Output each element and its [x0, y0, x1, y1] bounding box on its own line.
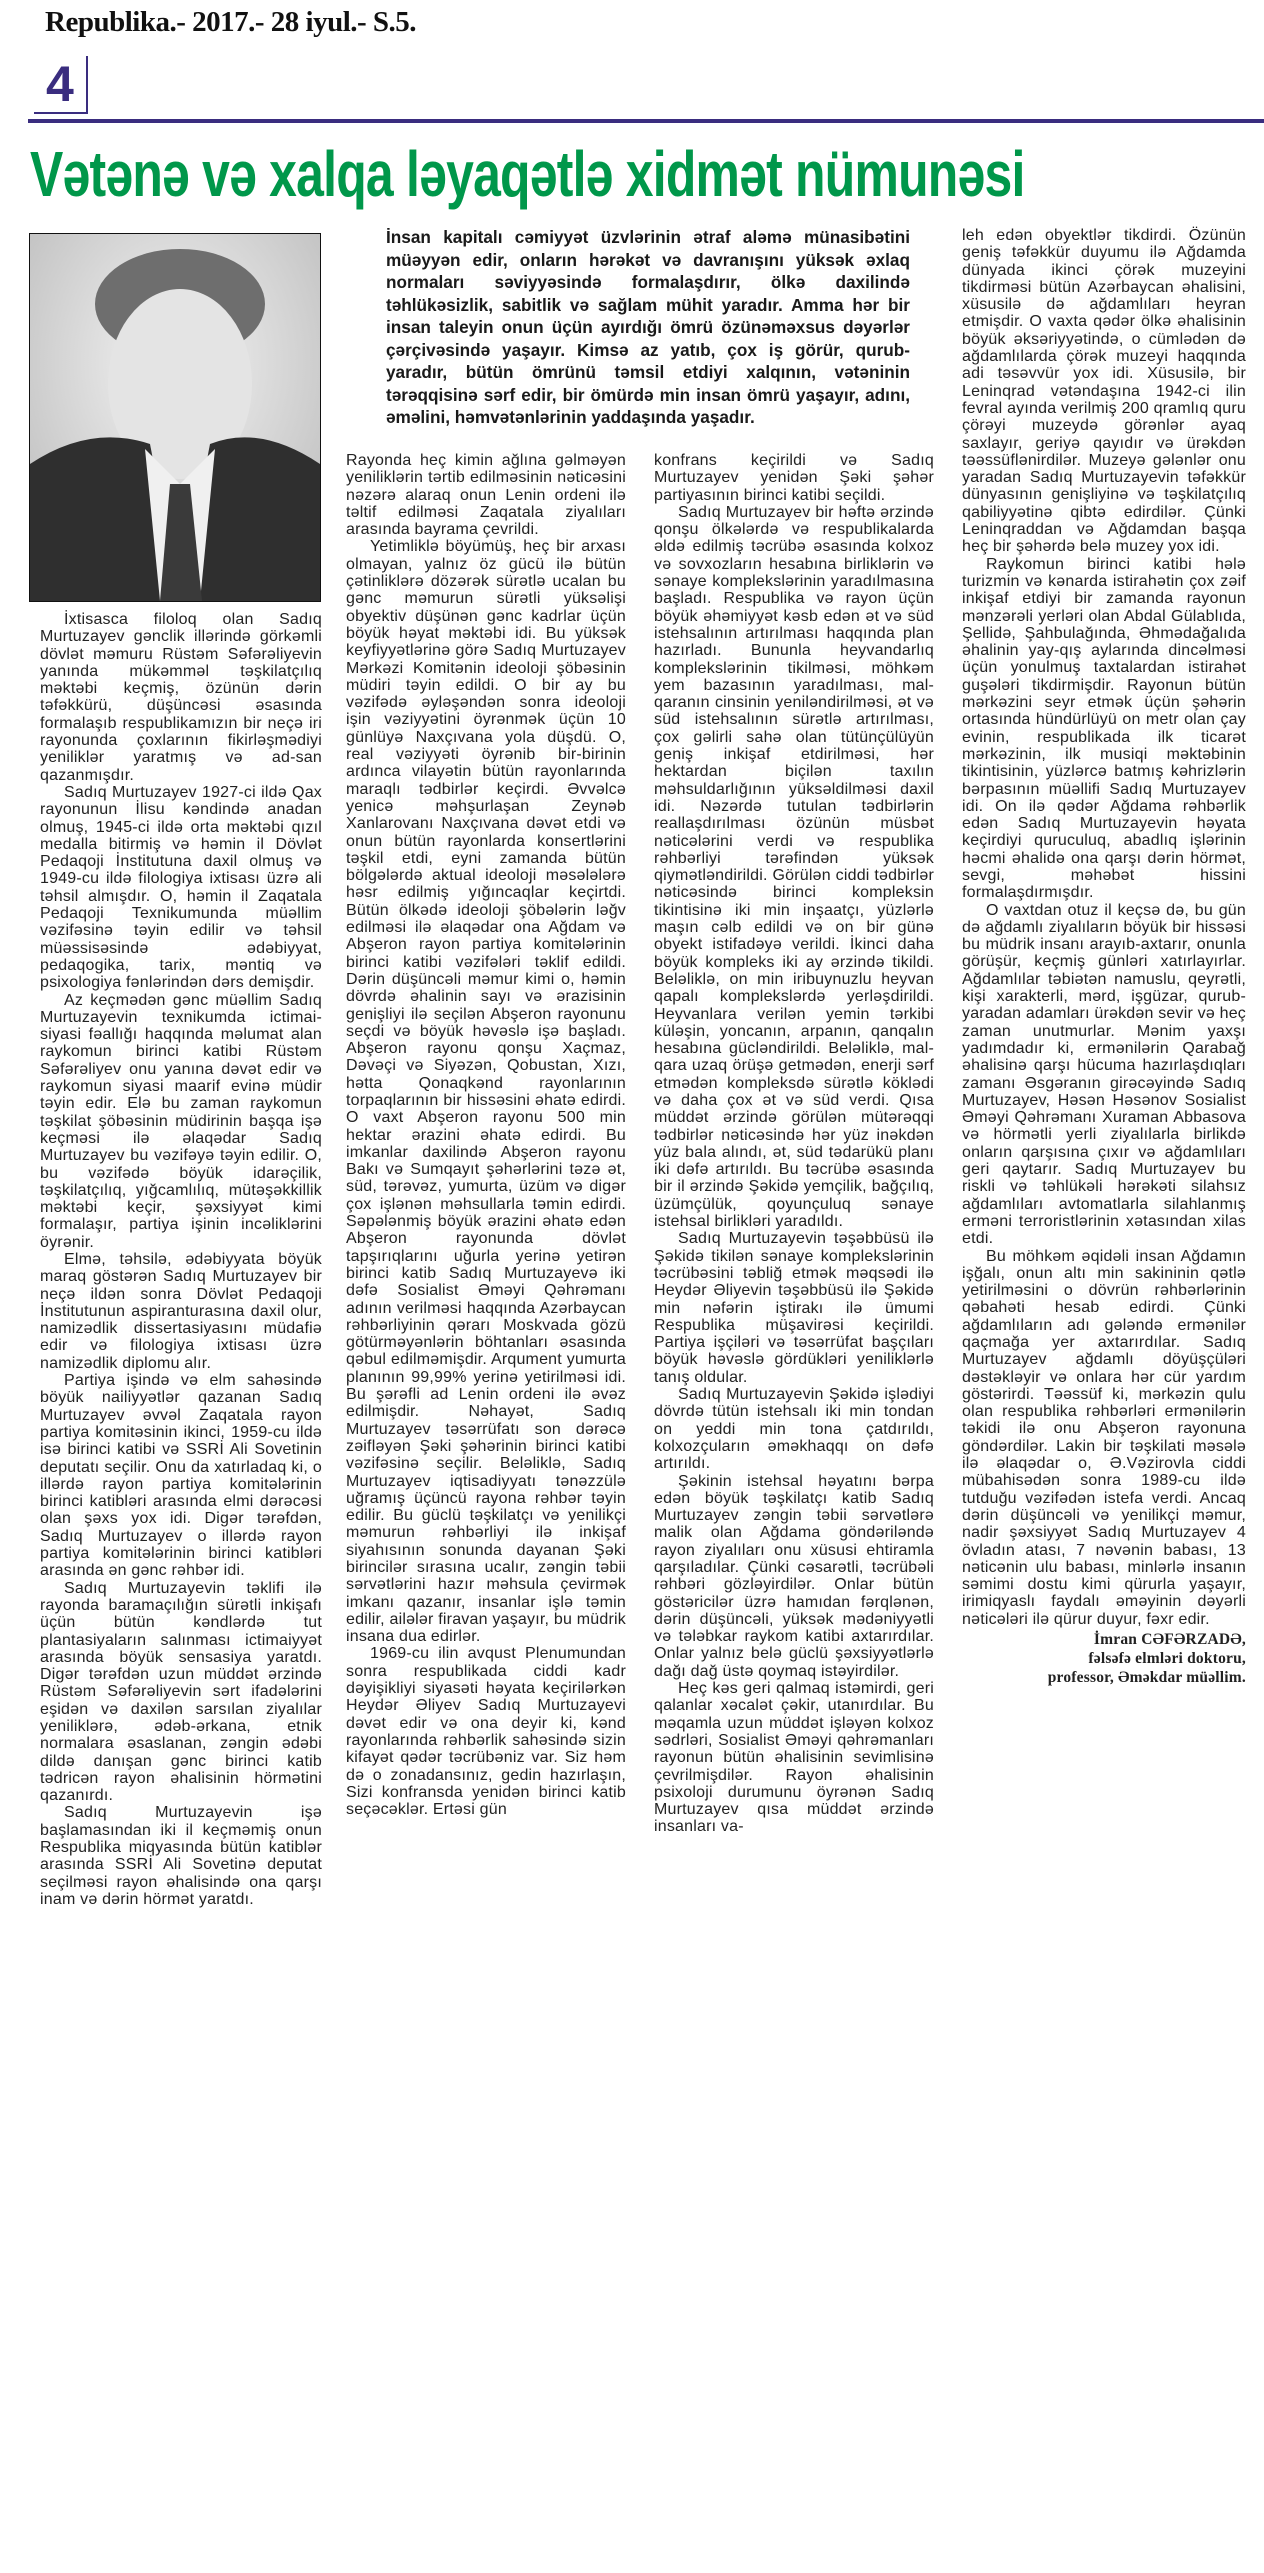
column-4: leh edən obyektlər tikdirdi. Özünün geni… [962, 227, 1246, 1687]
paragraph: konfrans keçirildi və Sadıq Murtuzayev y… [654, 452, 934, 504]
portrait-image-icon [30, 234, 320, 601]
paragraph: Sadıq Murtuzayevin Şəkidə işlədiyi dövrd… [654, 1386, 934, 1472]
paragraph: leh edən obyektlər tikdirdi. Özünün geni… [962, 227, 1246, 556]
column-2: Rayonda heç kimin ağlına gəlməyən yenili… [346, 452, 626, 1818]
article-lead: İnsan kapitalı cəmiyyət üzvlərinin ətraf… [386, 226, 910, 429]
paragraph: Heç kəs geri qalmaq istəmirdi, geri qala… [654, 1680, 934, 1836]
paragraph: Raykomun birinci katibi hələ turizmin və… [962, 556, 1246, 902]
column-3: konfrans keçirildi və Sadıq Murtuzayev y… [654, 452, 934, 1836]
paragraph: Partiya işində və elm sahəsində böyük na… [40, 1372, 322, 1580]
paragraph: Yetimliklə böyümüş, heç bir arxası olmay… [346, 538, 626, 1645]
header-rule [28, 119, 1264, 123]
author-degree: fəlsəfə elmləri doktoru, [962, 1649, 1246, 1668]
author-signature: İmran CƏFƏRZADƏ, fəlsəfə elmləri doktoru… [962, 1630, 1246, 1687]
article-headline: Vətənə və xalqa ləyaqətlə xidmət nümunəs… [30, 135, 993, 213]
source-citation: Republika.- 2017.- 28 iyul.- S.5. [45, 6, 416, 39]
paragraph: Şəkinin istehsal həyatını bərpa edən böy… [654, 1473, 934, 1681]
paragraph: O vaxtdan otuz il keçsə də, bu gün də ağ… [962, 902, 1246, 1248]
paragraph: İxtisasca filoloq olan Sadıq Murtuzayev … [40, 611, 322, 784]
paragraph: Sadıq Murtuzayevin təşəbbüsü ilə Şəkidə … [654, 1230, 934, 1386]
paragraph: Sadıq Murtuzayev bir həftə ərzində qonşu… [654, 504, 934, 1230]
paragraph: Elmə, təhsilə, ədəbiyyata böyük maraq gö… [40, 1251, 322, 1372]
page-number: 4 [46, 56, 74, 112]
paragraph: Az keçmədən gənc müəllim Sadıq Murtuzaye… [40, 992, 322, 1251]
paragraph: Bu möhkəm əqidəli insan Ağdamın işğalı, … [962, 1248, 1246, 1629]
paragraph: 1969-cu ilin avqust Plenumundan sonra re… [346, 1645, 626, 1818]
paragraph: Rayonda heç kimin ağlına gəlməyən yenili… [346, 452, 626, 538]
paragraph: Sadıq Murtuzayevin işə başlamasından iki… [40, 1804, 322, 1908]
author-name: İmran CƏFƏRZADƏ, [962, 1630, 1246, 1649]
author-rank: professor, Əməkdar müəllim. [962, 1668, 1246, 1687]
page-number-box: 4 [34, 56, 88, 114]
paragraph: Sadıq Murtuzayev 1927-ci ildə Qax rayonu… [40, 784, 322, 992]
portrait-photo [29, 233, 321, 602]
column-1: İxtisasca filoloq olan Sadıq Murtuzayev … [40, 611, 322, 1908]
paragraph: Sadıq Murtuzayevin təklifi ilə rayonda b… [40, 1580, 322, 1805]
